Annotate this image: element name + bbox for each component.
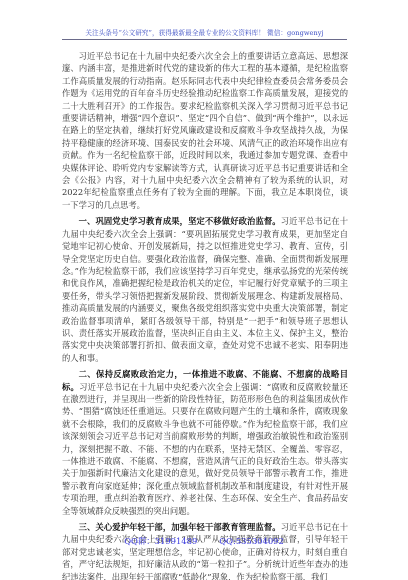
document-page: 关注头条号“公文研究”，获得最新最全最专业的公文资料库！ 微信：gongweny… xyxy=(0,0,408,580)
document-body: 习近平总书记在十九届中央纪委六次全会上的重要讲话立意高远、思想深邃、内涵丰富，是… xyxy=(62,50,348,580)
section-3-paragraph: 三、关心爱护年轻干部，加强年轻干部教育管理监督。习近平总书记在十九届中央纪委六次… xyxy=(62,521,348,580)
section-1-paragraph: 一、巩固党史学习教育成果，坚定不移做好政治监督。习近平总书记在十九届中央纪委六次… xyxy=(62,215,348,364)
paragraph-text: 习近平总书记在十九届中央纪委六次全会上强调：“要巩固拓展党史学习教育成果，更加坚… xyxy=(62,216,348,362)
section-1-heading: 一、巩固党史学习教育成果，坚定不移做好政治监督。 xyxy=(79,216,281,226)
qq-label: QQ:535304092 xyxy=(219,536,284,546)
intro-paragraph: 习近平总书记在十九届中央纪委六次全会上的重要讲话立意高远、思想深邃、内涵丰富，是… xyxy=(62,50,348,211)
header-banner: 关注头条号“公文研究”，获得最新最全最专业的公文资料库！ 微信：gongweny… xyxy=(62,29,347,40)
footer-contact: QQ群：31991489QQ:535304092 xyxy=(0,535,408,547)
paragraph-text: 习近平总书记在十九届中央纪委六次全会上的重要讲话立意高远、思想深邃、内涵丰富，是… xyxy=(62,51,348,210)
section-3-heading: 三、关心爱护年轻干部，加强年轻干部教育管理监督。 xyxy=(79,522,281,532)
qq-group-label: QQ群：31991489 xyxy=(124,536,197,546)
section-2-paragraph: 二、保持反腐败政治定力，一体推进不敢腐、不能腐、不想腐的战略目标。习近平总书记在… xyxy=(62,368,348,517)
paragraph-text: 习近平总书记在十九届中央纪委六次全会上强调：“腐败和反腐败较量还在激烈进行，并呈… xyxy=(62,382,348,516)
